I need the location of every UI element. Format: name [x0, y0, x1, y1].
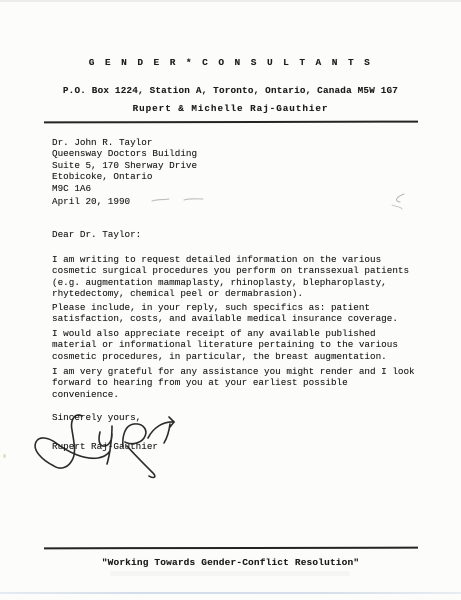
- letterhead-title: G E N D E R * C O N S U L T A N T S: [0, 57, 461, 68]
- footer-motto: "Working Towards Gender-Conflict Resolut…: [0, 557, 461, 568]
- scan-top-edge: [0, 0, 461, 2]
- salutation: Dear Dr. Taylor:: [52, 229, 141, 240]
- pencil-smudge-left: [150, 195, 205, 204]
- pencil-smudge-right: [385, 191, 411, 211]
- body-paragraph-2: Please include, in your reply, such spec…: [52, 302, 398, 325]
- scan-bottom-edge: [0, 592, 461, 594]
- letter-date: April 20, 1990: [52, 196, 130, 207]
- footer-divider: [44, 547, 418, 550]
- body-paragraph-4: I am very grateful for any assistance yo…: [52, 366, 415, 400]
- body-paragraph-3: I would also appreciate receipt of any a…: [52, 328, 398, 362]
- signer-name: Rupert Raj-Gauthier: [52, 441, 158, 452]
- body-paragraph-1: I am writing to request detailed informa…: [52, 254, 409, 300]
- letterhead-names: Rupert & Michelle Raj-Gauthier: [0, 103, 461, 114]
- recipient-address: Dr. John R. Taylor Queensway Doctors Bui…: [52, 137, 197, 194]
- scan-ghost-band: [110, 571, 350, 576]
- letterhead-address: P.O. Box 1224, Station A, Toronto, Ontar…: [0, 85, 461, 96]
- letterhead-divider: [44, 121, 418, 124]
- letter-page: G E N D E R * C O N S U L T A N T S P.O.…: [0, 0, 461, 600]
- paper-speck: [3, 454, 6, 458]
